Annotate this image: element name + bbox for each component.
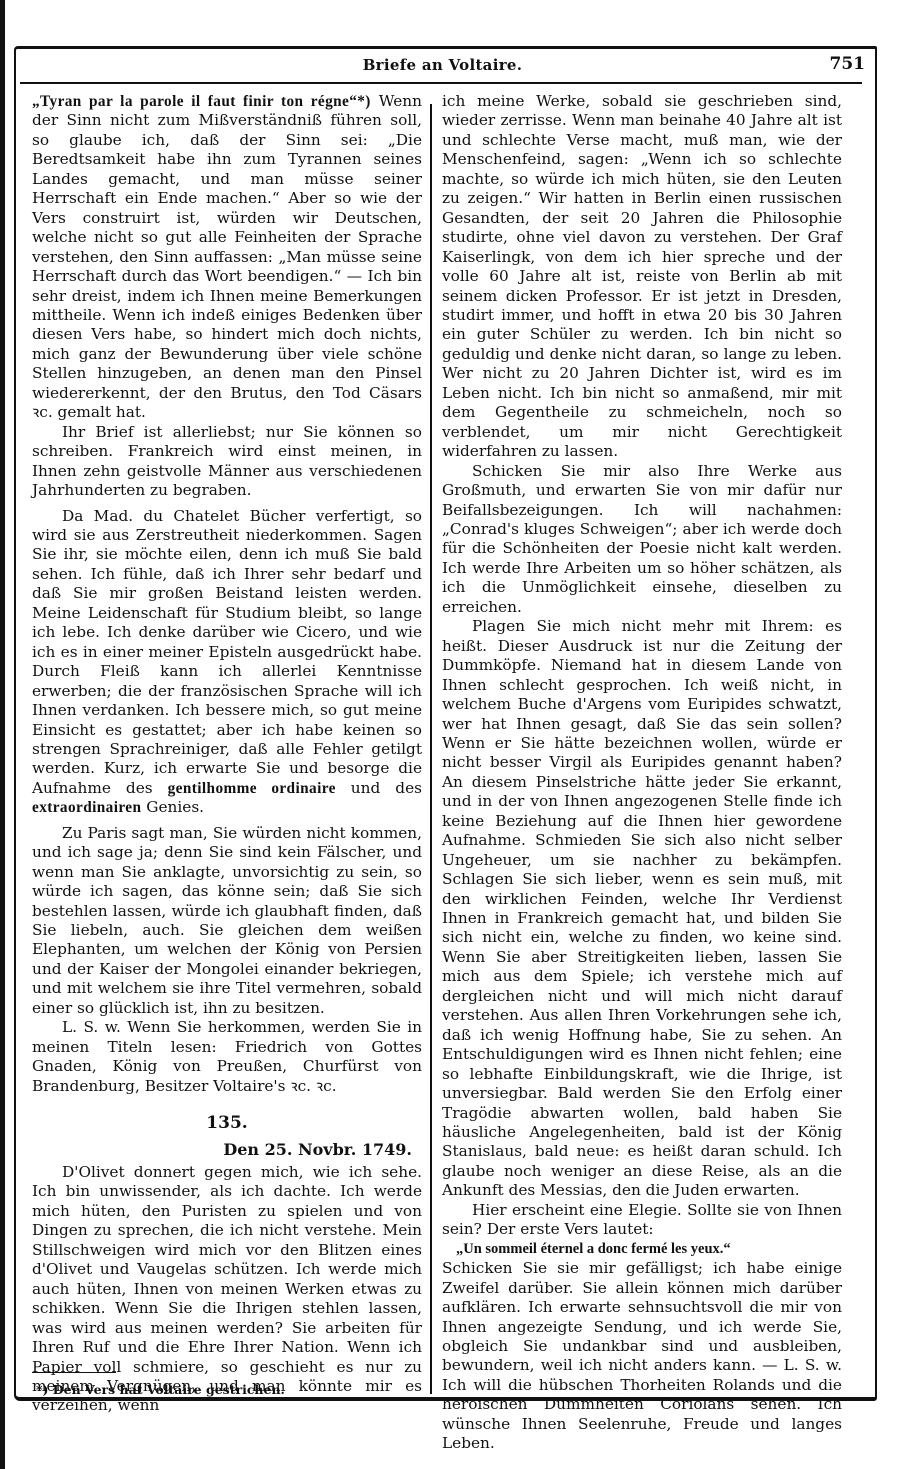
paragraph: „Tyran par la parole il faut finir ton r…: [32, 92, 422, 423]
paragraph: L. S. w. Wenn Sie herkommen, werden Sie …: [32, 1018, 422, 1096]
footnote-rule: [32, 1372, 116, 1373]
paragraph: Ihr Brief ist allerliebst; nur Sie könne…: [32, 423, 422, 501]
right-column: ich meine Werke, sobald sie geschrieben …: [442, 92, 842, 1454]
page-header: Briefe an Voltaire. 751: [20, 52, 865, 78]
paragraph-text: Genies.: [141, 798, 204, 816]
paragraph: Zu Paris sagt man, Sie würden nicht komm…: [32, 824, 422, 1019]
page-number: 751: [830, 54, 866, 74]
paragraph: Da Mad. du Chatelet Bücher verfertigt, s…: [32, 507, 422, 818]
letter-date: Den 25. Novbr. 1749.: [32, 1140, 412, 1159]
header-rule: [20, 82, 862, 84]
french-verse-quote: „Tyran par la parole il faut finir ton r…: [32, 93, 371, 110]
left-column: „Tyran par la parole il faut finir ton r…: [32, 92, 422, 1416]
french-verse-quote: „Un sommeil éternel a donc fermé les yeu…: [442, 1240, 842, 1259]
latin-phrase: gentilhomme ordinaire: [168, 780, 336, 797]
paragraph: Hier erscheint eine Elegie. Sollte sie v…: [442, 1201, 842, 1240]
paragraph: Plagen Sie mich nicht mehr mit Ihrem: es…: [442, 617, 842, 1201]
footnote: *) Den Vers hat Voltaire gestrichen.: [36, 1382, 285, 1397]
scan-edge-bar: [0, 0, 5, 1469]
column-separator: [430, 104, 432, 1394]
running-title: Briefe an Voltaire.: [20, 56, 865, 74]
paragraph: D'Olivet donnert gegen mich, wie ich seh…: [32, 1163, 422, 1416]
paragraph: Schicken Sie sie mir gefälligst; ich hab…: [442, 1259, 842, 1454]
latin-phrase: extraordinairen: [32, 799, 141, 816]
paragraph-text: Da Mad. du Chatelet Bücher verfertigt, s…: [32, 507, 422, 797]
paragraph: ich meine Werke, sobald sie geschrieben …: [442, 92, 842, 462]
letter-number: 135.: [32, 1114, 422, 1133]
paragraph: Schicken Sie mir also Ihre Werke aus Gro…: [442, 462, 842, 618]
paragraph-text: und des: [336, 779, 422, 797]
paragraph-text: Wenn der Sinn nicht zum Mißverständniß f…: [32, 92, 422, 421]
